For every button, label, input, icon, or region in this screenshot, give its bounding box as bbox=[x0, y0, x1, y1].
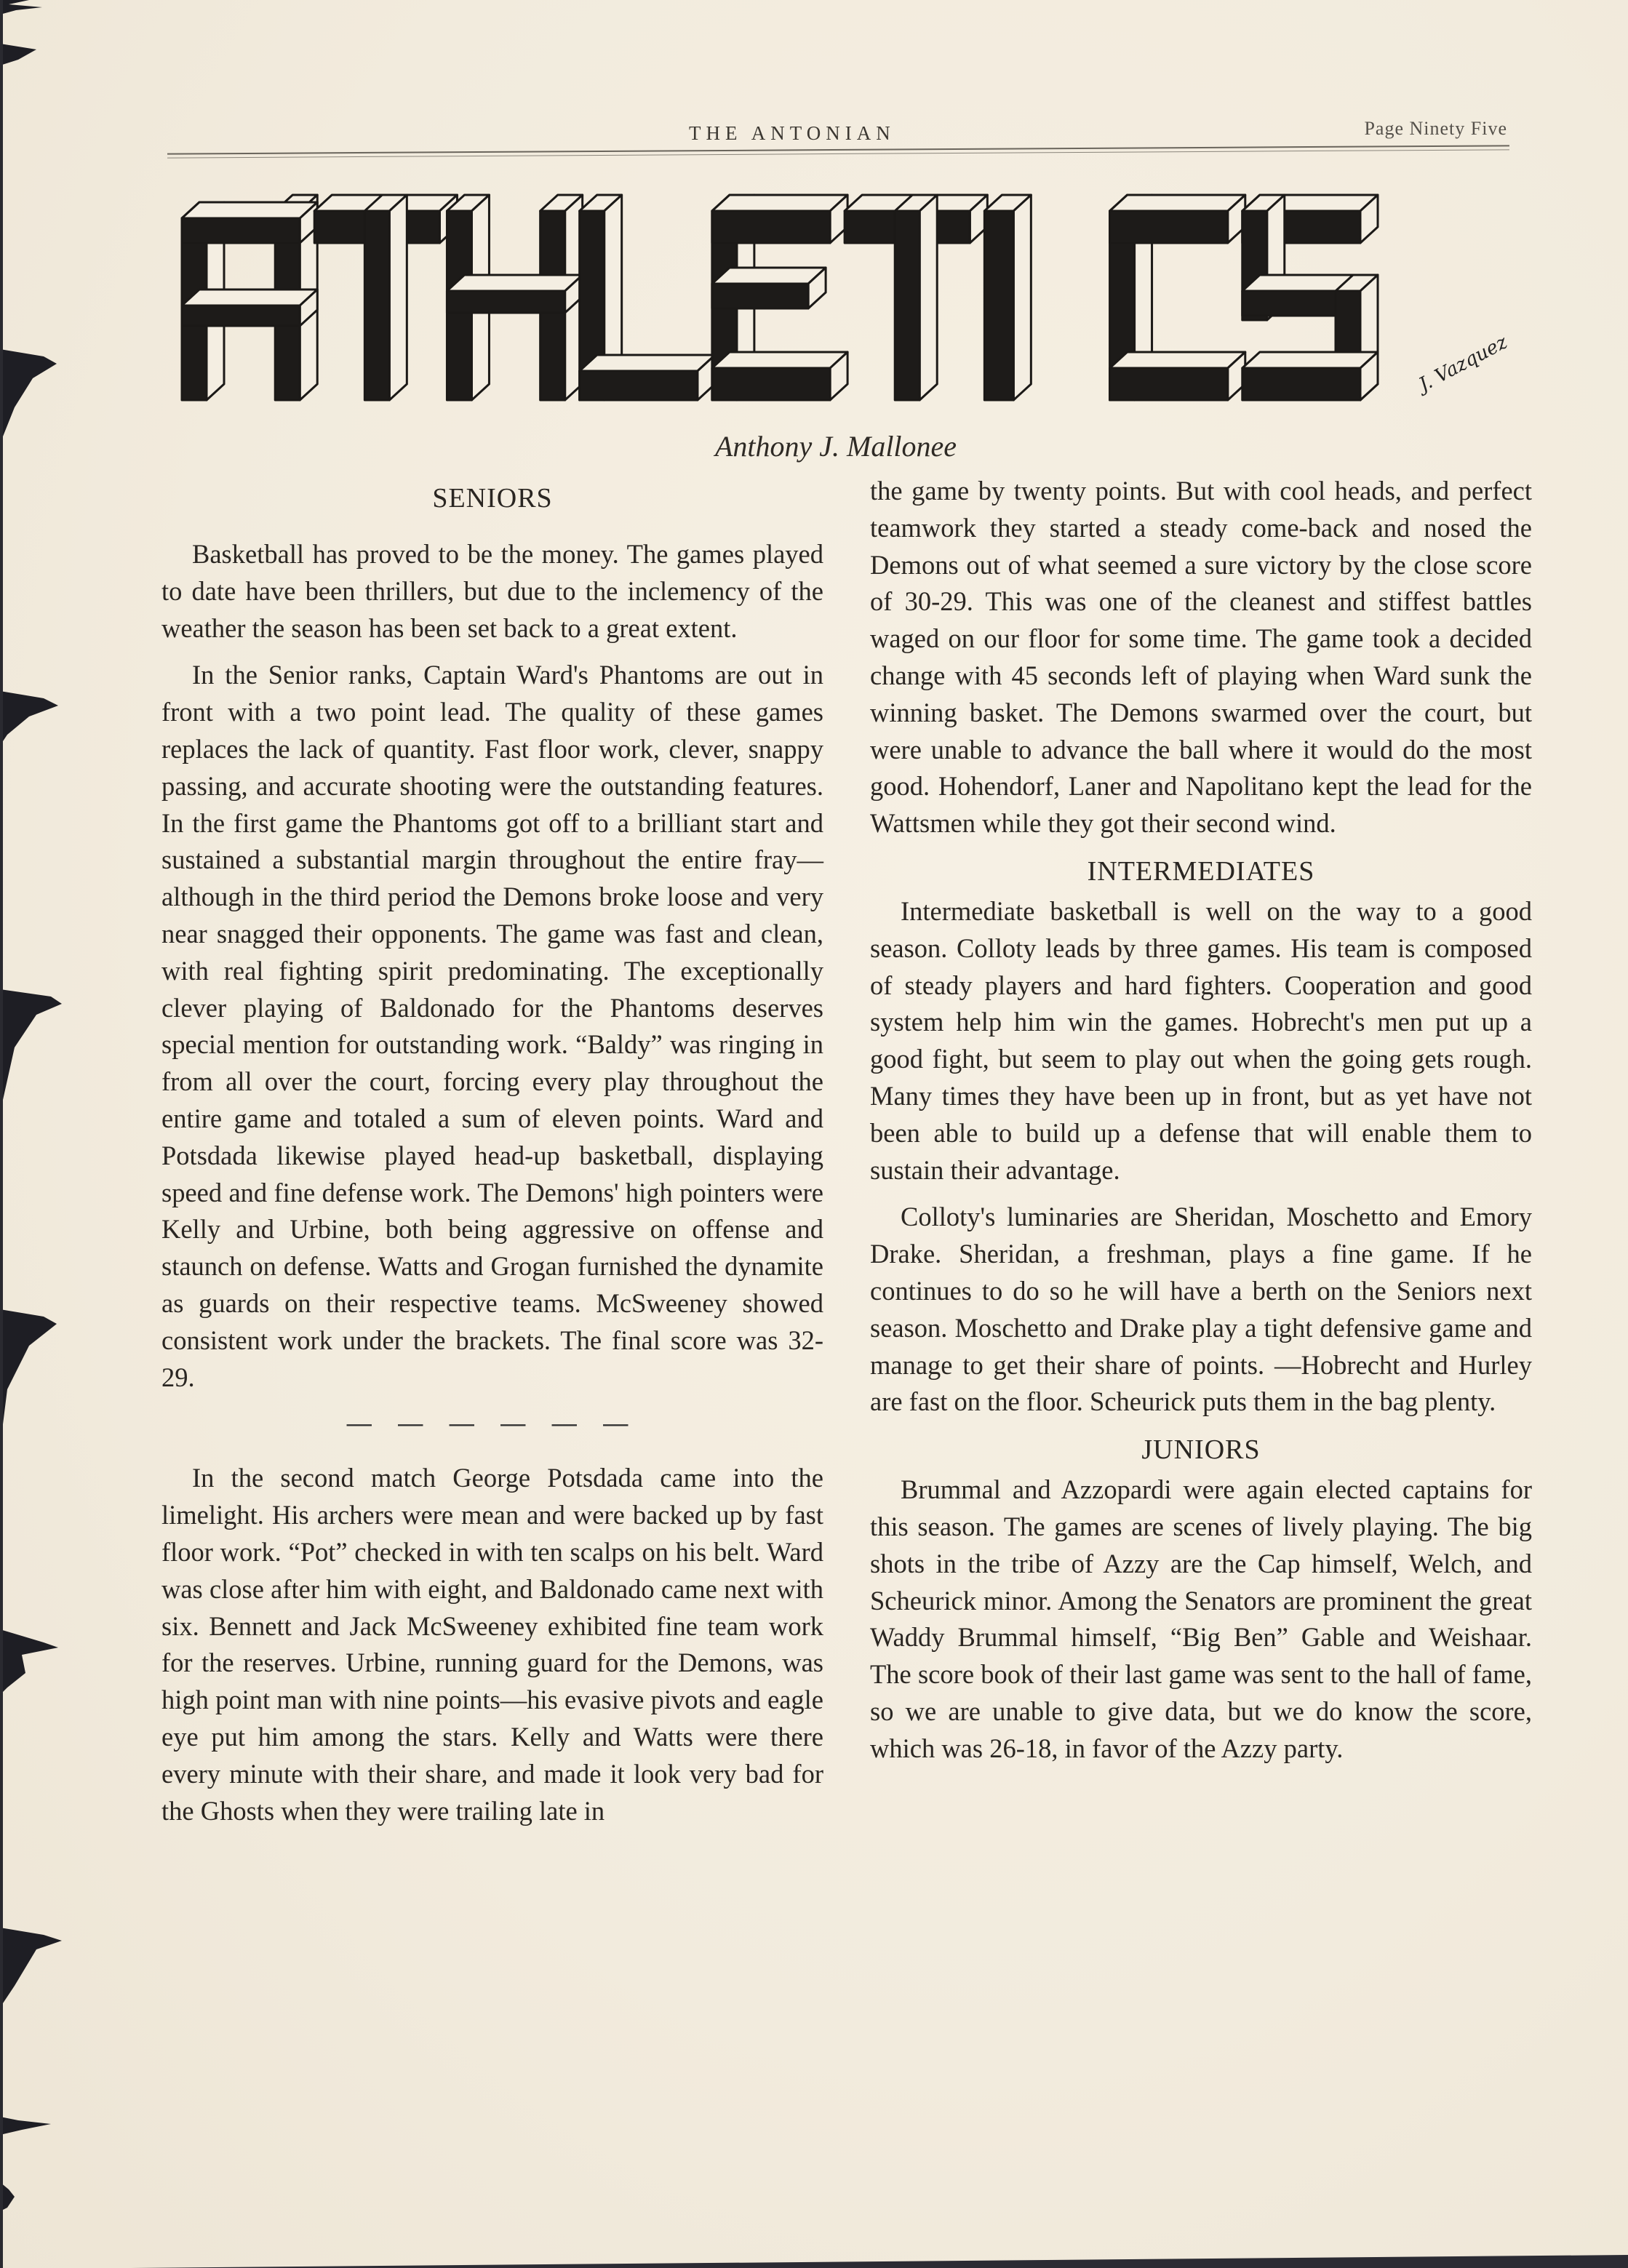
section-heading-intermediates: INTERMEDIATES bbox=[870, 850, 1532, 893]
journal-title: THE ANTONIAN bbox=[689, 122, 895, 145]
scan-backing-edge bbox=[131, 2255, 1628, 2268]
athletics-title-art: ATHLETICS bbox=[175, 182, 1499, 415]
paragraph: Brummal and Azzopardi were again elected… bbox=[870, 1472, 1532, 1767]
scanned-page: THE ANTONIAN Page Ninety Five ATHLETICS … bbox=[0, 0, 1628, 2268]
column-left: SENIORS Basketball has proved to be the … bbox=[161, 476, 823, 1829]
page-number: Page Ninety Five bbox=[1364, 118, 1507, 140]
torn-edge bbox=[0, 0, 80, 2268]
section-separator: — — — — — — bbox=[161, 1409, 823, 1438]
section-heading-juniors: JUNIORS bbox=[870, 1428, 1532, 1472]
paragraph: Basketball has proved to be the money. T… bbox=[161, 536, 823, 647]
section-heading-seniors: SENIORS bbox=[161, 476, 823, 520]
author-byline: Anthony J. Mallonee bbox=[0, 429, 1628, 463]
column-right: the game by twenty points. But with cool… bbox=[870, 473, 1532, 1768]
paragraph: In the Senior ranks, Captain Ward's Phan… bbox=[161, 657, 823, 1396]
paragraph: Colloty's luminaries are Sheridan, Mosch… bbox=[870, 1199, 1532, 1421]
paragraph-continued: the game by twenty points. But with cool… bbox=[870, 473, 1532, 842]
paragraph: In the second match George Potsdada came… bbox=[161, 1460, 823, 1829]
paragraph: Intermediate basketball is well on the w… bbox=[870, 893, 1532, 1189]
